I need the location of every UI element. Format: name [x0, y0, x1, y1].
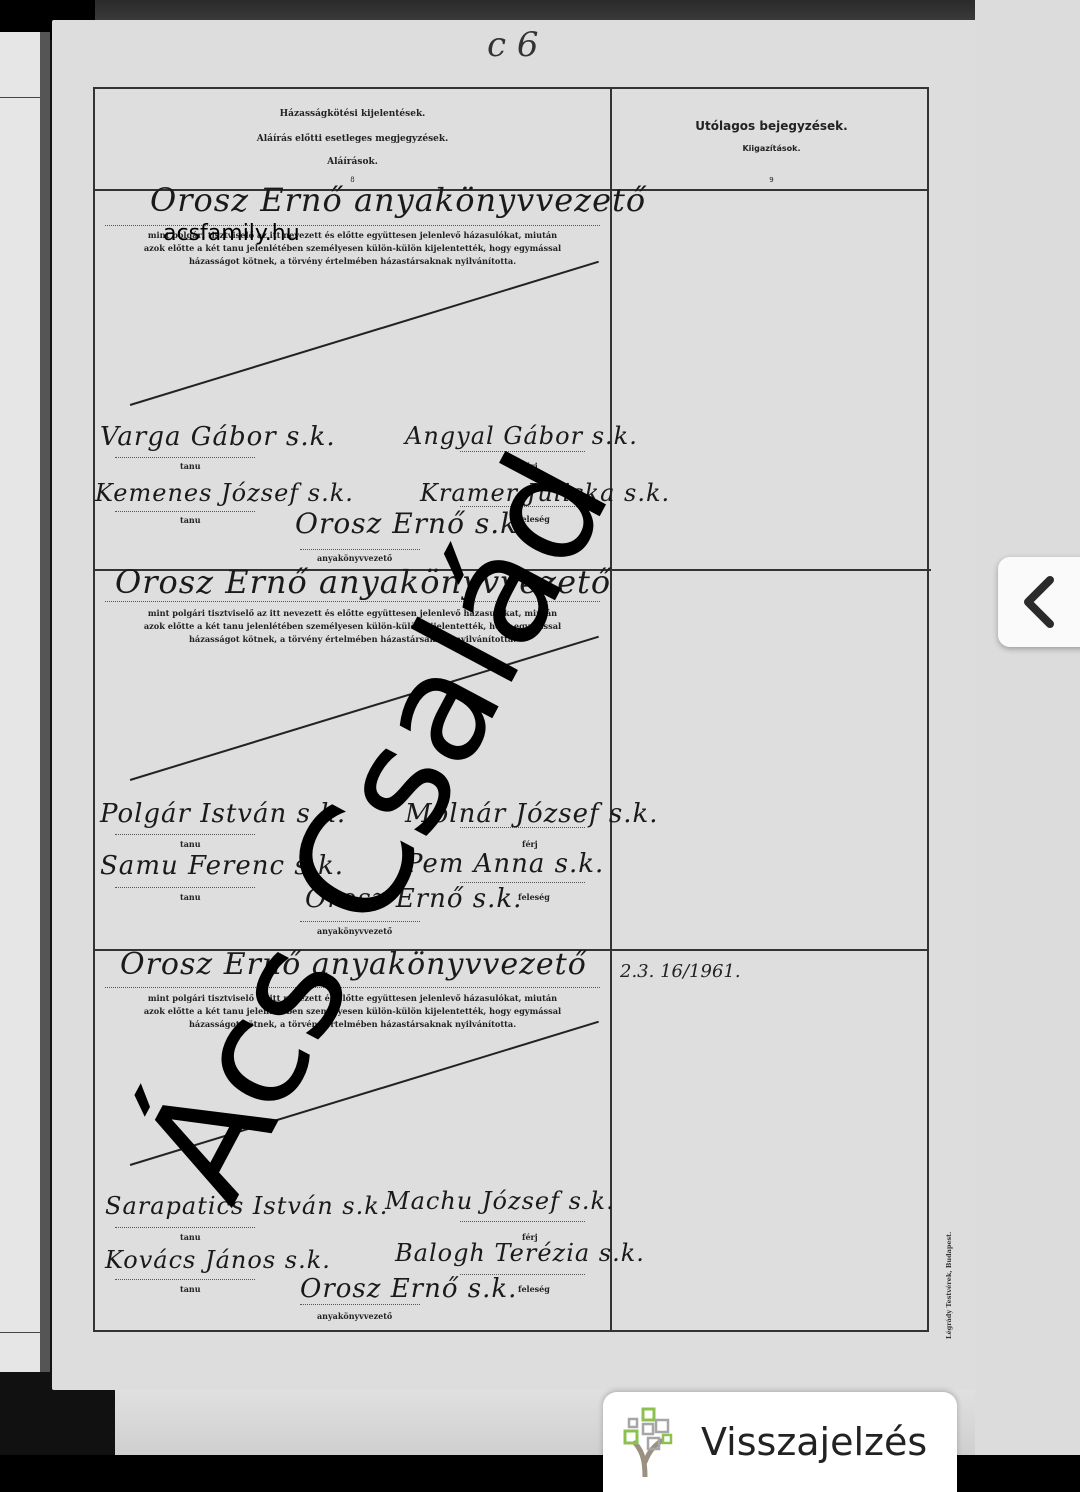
dotted-line	[115, 511, 255, 512]
registrar-label: anyakönyvvezető	[317, 553, 392, 563]
column-divider	[610, 89, 612, 1330]
witness-2-signature: Kemenes József s.k.	[95, 479, 354, 507]
column-number: 9	[612, 176, 931, 184]
registrar-handwriting: Orosz Ernő anyakönyvvezető	[150, 181, 646, 219]
header-later-entries: Utólagos bejegyzések.	[612, 119, 931, 133]
dotted-line	[115, 834, 255, 835]
witness-label: tanu	[180, 839, 201, 849]
header-corrections: Kiigazítások.	[612, 144, 931, 153]
dotted-line	[460, 882, 585, 883]
registrar-signature: Orosz Ernő s.k.	[300, 1274, 517, 1304]
adjacent-page-edge	[0, 32, 50, 1372]
dotted-line	[115, 1279, 255, 1280]
site-watermark: acsfamily.hu	[163, 221, 300, 246]
wife-label: feleség	[518, 1284, 550, 1294]
witness-2-signature: Kovács János s.k.	[105, 1246, 331, 1274]
witness-label: tanu	[180, 515, 201, 525]
header-signatures-label: Aláírások.	[95, 157, 610, 167]
entry-rule-1-right	[612, 569, 931, 571]
witness-label: tanu	[180, 1284, 201, 1294]
dotted-line	[460, 827, 585, 828]
dotted-line	[460, 1221, 585, 1222]
witness-label: tanu	[180, 461, 201, 471]
dotted-line	[300, 549, 420, 550]
left-column-header: Házasságkötési kijelentések. Aláírás elő…	[95, 89, 610, 189]
witness-1-signature: Varga Gábor s.k.	[100, 422, 336, 452]
dotted-line	[115, 887, 255, 888]
dotted-line	[115, 1227, 255, 1228]
dotted-line	[115, 457, 255, 458]
printer-imprint: Légrády Testvérek, Budapest.	[945, 1232, 953, 1339]
back-button[interactable]	[998, 557, 1080, 647]
clause-line: házasságot kötnek, a törvény értelmében …	[105, 255, 600, 268]
wife-signature: Balogh Terézia s.k.	[395, 1239, 645, 1267]
later-entry-note: 2.3. 16/1961.	[620, 961, 741, 982]
header-subtitle: Aláírás előtti esetleges megjegyzések.	[95, 134, 610, 144]
page-number-mark: c 6	[487, 25, 538, 65]
witness-label: tanu	[180, 892, 201, 902]
feedback-button[interactable]: Visszajelzés	[603, 1392, 957, 1492]
family-tree-logo-icon	[623, 1407, 675, 1477]
right-column-header: Utólagos bejegyzések. Kiigazítások. 9	[612, 89, 931, 189]
husband-signature: Machu József s.k.	[385, 1187, 615, 1215]
dotted-line	[300, 1304, 420, 1305]
scan-background-right	[975, 0, 1080, 1492]
chevron-left-icon	[1018, 572, 1058, 632]
husband-label: férj	[522, 839, 538, 849]
feedback-label: Visszajelzés	[701, 1420, 927, 1464]
header-title: Házasságkötési kijelentések.	[95, 109, 610, 119]
registrar-label: anyakönyvvezető	[317, 1311, 392, 1321]
wife-label: feleség	[518, 892, 550, 902]
witness-label: tanu	[180, 1232, 201, 1242]
strike-line	[130, 261, 599, 406]
